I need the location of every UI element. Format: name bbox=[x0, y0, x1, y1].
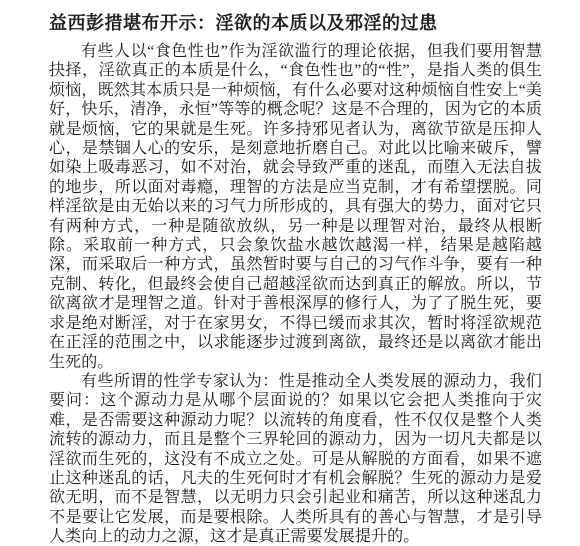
paragraph-essence-of-lust: 有些人以“食色性也”作为淫欲滥行的理论依据，但我们要用智慧抉择，淫欲真正的本质是… bbox=[49, 42, 542, 372]
paragraph-sexologists-claim: 有些所谓的性学专家认为：性是推动全人类发展的源动力，我们要问：这个源动力是从哪个… bbox=[49, 372, 542, 546]
document-title: 益西彭措堪布开示：淫欲的本质以及邪淫的过患 bbox=[49, 9, 542, 35]
document-page: 益西彭措堪布开示：淫欲的本质以及邪淫的过患 有些人以“食色性也”作为淫欲滥行的理… bbox=[0, 0, 580, 546]
